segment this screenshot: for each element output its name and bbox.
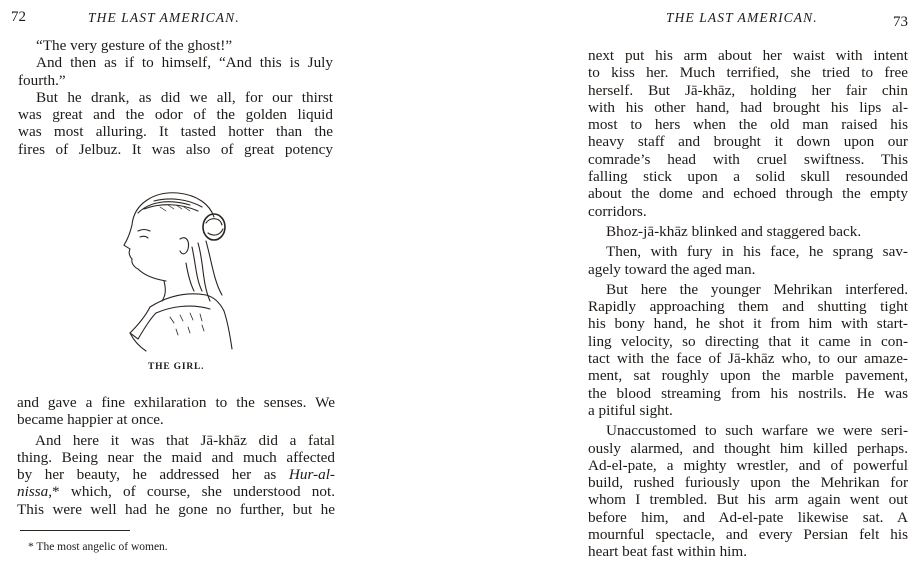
text-line: to kiss her. Much terrified, she tried t… xyxy=(588,64,908,81)
text-line: about the dome and echoed through the em… xyxy=(588,185,908,202)
text-line: Bhoz-jā-khāz blinked and staggered back. xyxy=(588,223,908,240)
illustration-caption: THE GIRL. xyxy=(148,362,204,372)
text-line: the blood streaming from his nostrils. H… xyxy=(588,385,908,402)
text-line: next put his arm about her waist with in… xyxy=(588,47,908,64)
text-line: nissa,* which, of course, she understood… xyxy=(17,483,335,500)
text-line: mournful spectacle, and every Persian fe… xyxy=(588,526,908,543)
text-line: with his other hand, had brought his lip… xyxy=(588,99,908,116)
text-line: And then as if to himself, “And this is … xyxy=(18,54,333,71)
text-line: Ad-el-pate, a mighty wrestler, and of po… xyxy=(588,457,908,474)
text-line: was most alluring. It tasted hotter than… xyxy=(18,123,333,140)
text-line: Rapidly approaching them and shutting ti… xyxy=(588,298,908,315)
text-line: whom I trembled. But his arm again went … xyxy=(588,491,908,508)
text-line: build, rushed furiously upon the Mehrika… xyxy=(588,474,908,491)
text-line: before him, and Ad-el-pate likewise sat.… xyxy=(588,509,908,526)
text-line: ling velocity, so directing that it came… xyxy=(588,333,908,350)
italic-term: nissa xyxy=(17,483,48,500)
text-line: heavy staff and brought it down upon our xyxy=(588,133,908,150)
italic-term: Hur-al- xyxy=(289,466,335,483)
text-line: But here the younger Mehrikan interfered… xyxy=(588,281,908,298)
text-line: herself. But Jā-khāz, holding her fair c… xyxy=(588,82,908,99)
text-line: fourth.” xyxy=(18,72,333,89)
text-line: falling stick upon a solid skull resound… xyxy=(588,168,908,185)
text-line: fires of Jelbuz. It was also of great po… xyxy=(18,141,333,158)
text-line: agely toward the aged man. xyxy=(588,261,908,278)
text-line: tact with the face of Jā-khāz who, to ou… xyxy=(588,350,908,367)
text-line: ment, sat roughly upon the marble paveme… xyxy=(588,367,908,384)
text-line: “The very gesture of the ghost!” xyxy=(18,37,333,54)
footnote-divider xyxy=(20,530,130,531)
page-number: 73 xyxy=(893,14,908,31)
text-line: most to hers when the old man raised his xyxy=(588,116,908,133)
text-line: his bony hand, he shot it from him with … xyxy=(588,315,908,332)
text-line: heart beat fast within him. xyxy=(588,543,908,560)
text-line: This were well had he gone no further, b… xyxy=(17,501,335,518)
page-number: 72 xyxy=(11,9,26,26)
running-head: THE LAST AMERICAN. xyxy=(666,10,818,26)
text-line: a pitiful sight. xyxy=(588,402,908,419)
text-line: became happier at once. xyxy=(17,411,335,428)
text-line: and gave a fine exhilaration to the sens… xyxy=(17,394,335,411)
text-line: Then, with fury in his face, he sprang s… xyxy=(588,243,908,260)
text-line: was great and the odor of the golden liq… xyxy=(18,106,333,123)
text-line: by her beauty, he addressed her as Hur-a… xyxy=(17,466,335,483)
text-line: And here it was that Jā-khāz did a fatal xyxy=(17,432,335,449)
text-line: corridors. xyxy=(588,203,908,220)
text-block: next put his arm about her waist with in… xyxy=(588,47,908,561)
text-line: comrade’s head with cruel swiftness. Thi… xyxy=(588,151,908,168)
right-page: THE LAST AMERICAN. 73 next put his arm a… xyxy=(580,0,923,571)
text-line: Unaccustomed to such warfare we were ser… xyxy=(588,422,908,439)
text-line: But he drank, as did we all, for our thi… xyxy=(18,89,333,106)
text-line: thing. Being near the maid and much affe… xyxy=(17,449,335,466)
text-block-bottom: and gave a fine exhilaration to the sens… xyxy=(17,394,335,518)
running-head: THE LAST AMERICAN. xyxy=(88,10,240,26)
left-page: 72 THE LAST AMERICAN. “The very gesture … xyxy=(0,0,345,571)
girl-portrait-illustration xyxy=(110,183,240,353)
footnote: * The most angelic of women. xyxy=(28,541,168,553)
text-line: ously alarmed, and thought him killed pe… xyxy=(588,440,908,457)
text-block-top: “The very gesture of the ghost!” And the… xyxy=(18,37,333,158)
